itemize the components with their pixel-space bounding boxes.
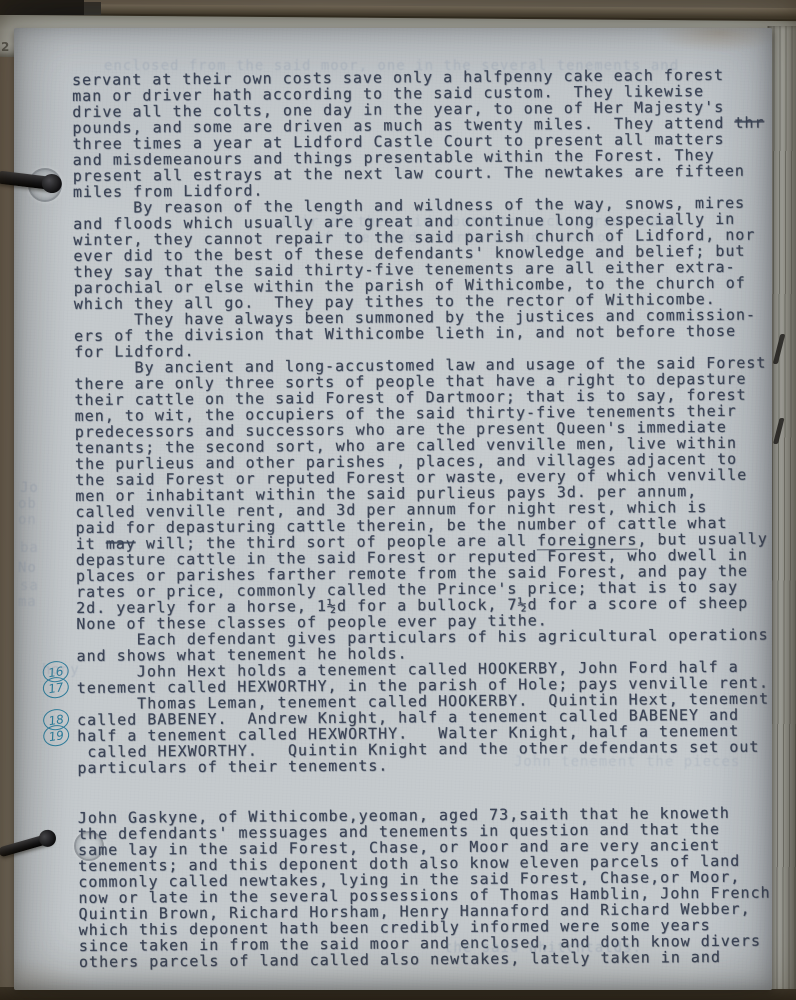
binder-photo: 2 servant at their own costs save only a…	[0, 0, 796, 1000]
binder-cord-bottom	[0, 832, 54, 857]
typed-line: particulars of their tenements.	[77, 754, 783, 776]
typed-line: others parcels of land called also newta…	[79, 948, 785, 970]
typed-strike-text: thr	[734, 114, 764, 132]
typed-text: servant at their own costs save only a h…	[72, 66, 785, 970]
bleedthrough-text: No	[18, 560, 37, 576]
bleedthrough-text: ba	[20, 540, 39, 556]
edge-pencil-mark: 2	[1, 40, 9, 54]
typed-text-segment: others parcels of land called also newta…	[79, 948, 721, 971]
typed-text-segment: particulars of their tenements.	[77, 757, 388, 777]
document-page: servant at their own costs save only a h…	[14, 28, 772, 990]
bleedthrough-text: ma	[18, 594, 37, 610]
binder-corner-clip	[0, 0, 84, 15]
bleedthrough-text: on	[18, 512, 37, 528]
bleedthrough-text: sa	[20, 578, 39, 594]
bleedthrough-text: ob	[18, 496, 37, 512]
bleedthrough-text: Jo	[20, 480, 39, 496]
photo-backdrop: { "palette": { "paper": "#c5cacd", "ink"…	[0, 0, 796, 1000]
